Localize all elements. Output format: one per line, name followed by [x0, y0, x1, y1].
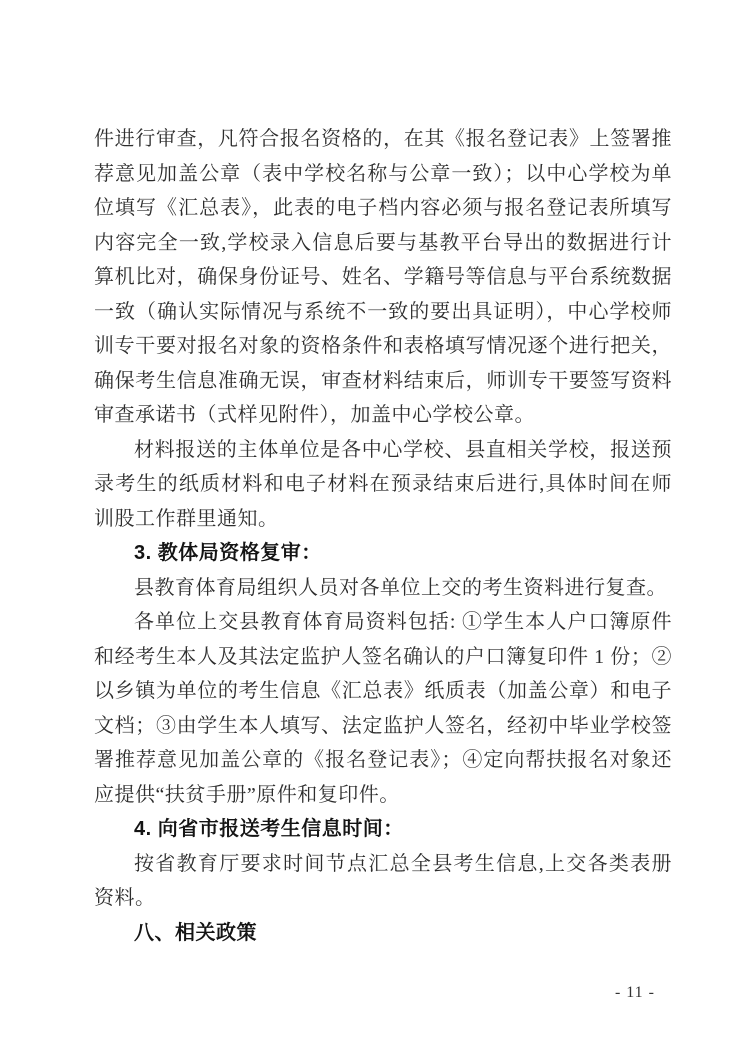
para-submitted-materials-list: 各单位上交县教育体育局资料包括: ①学生本人户口簿原件和经考生本人及其法定监护人…: [94, 605, 672, 812]
heading-bureau-requalification: 3. 教体局资格复审：: [94, 536, 672, 571]
para-report-time-desc: 按省教育厅要求时间节点汇总全县考生信息,上交各类表册资料。: [94, 847, 672, 916]
document-body: 件进行审查，凡符合报名资格的，在其《报名登记表》上签署推荐意见加盖公章（表中学校…: [94, 122, 672, 950]
para-qualification-audit-continuation: 件进行审查，凡符合报名资格的，在其《报名登记表》上签署推荐意见加盖公章（表中学校…: [94, 122, 672, 433]
page-number: - 11 -: [615, 984, 655, 1002]
para-bureau-recheck: 县教育体育局组织人员对各单位上交的考生资料进行复查。: [94, 571, 672, 606]
heading-report-candidate-info-time: 4. 向省市报送考生信息时间：: [94, 812, 672, 847]
document-page: 件进行审查，凡符合报名资格的，在其《报名登记表》上签署推荐意见加盖公章（表中学校…: [0, 0, 750, 1061]
para-material-submission: 材料报送的主体单位是各中心学校、县直相关学校，报送预录考生的纸质材料和电子材料在…: [94, 433, 672, 537]
heading-related-policies: 八、相关政策: [94, 916, 672, 951]
